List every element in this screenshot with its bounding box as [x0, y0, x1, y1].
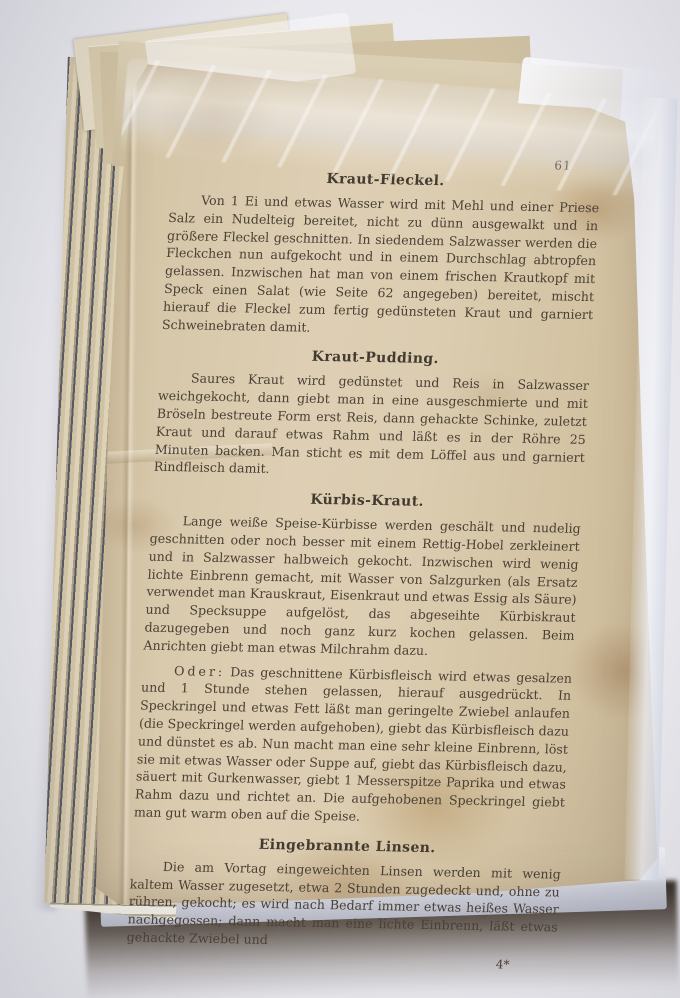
recipe-paragraph: Von 1 Ei und etwas Wasser wird mit Mehl … [162, 191, 600, 341]
recipe-section-eingebrannte-linsen: Eingebrannte Linsen. Die am Vortag einge… [126, 834, 562, 954]
spaced-lead-word: Oder: [174, 663, 226, 679]
page-text-block: 61 Kraut-Fleckel. Von 1 Ei und etwas Was… [125, 152, 602, 975]
recipe-section-kraut-pudding: Kraut-Pudding. Saures Kraut wird gedünst… [153, 346, 590, 484]
recipe-paragraph-text: Das geschnittene Kürbisfleisch wird etwa… [134, 664, 573, 824]
recipe-paragraph: Saures Kraut wird gedünstet und Reis in … [153, 369, 589, 484]
recipe-paragraph-alternative: Oder:Das geschnittene Kürbisfleisch wird… [133, 661, 572, 829]
recipe-heading: Eingebrannte Linsen. [132, 834, 563, 859]
recipe-section-kraut-fleckel: Kraut-Fleckel. Von 1 Ei und etwas Wasser… [162, 168, 601, 341]
recipe-paragraph: Lange weiße Speise-Kürbisse werden gesch… [143, 512, 581, 662]
photo-backdrop: 61 Kraut-Fleckel. Von 1 Ei und etwas Was… [0, 0, 680, 998]
recipe-section-kuerbis-kraut: Kürbis-Kraut. Lange weiße Speise-Kürbiss… [133, 489, 582, 829]
recipe-heading: Kraut-Pudding. [160, 346, 591, 371]
recipe-heading: Kürbis-Kraut. [152, 489, 583, 514]
recipe-paragraph: Die am Vortag eingeweichten Linsen werde… [126, 857, 561, 954]
